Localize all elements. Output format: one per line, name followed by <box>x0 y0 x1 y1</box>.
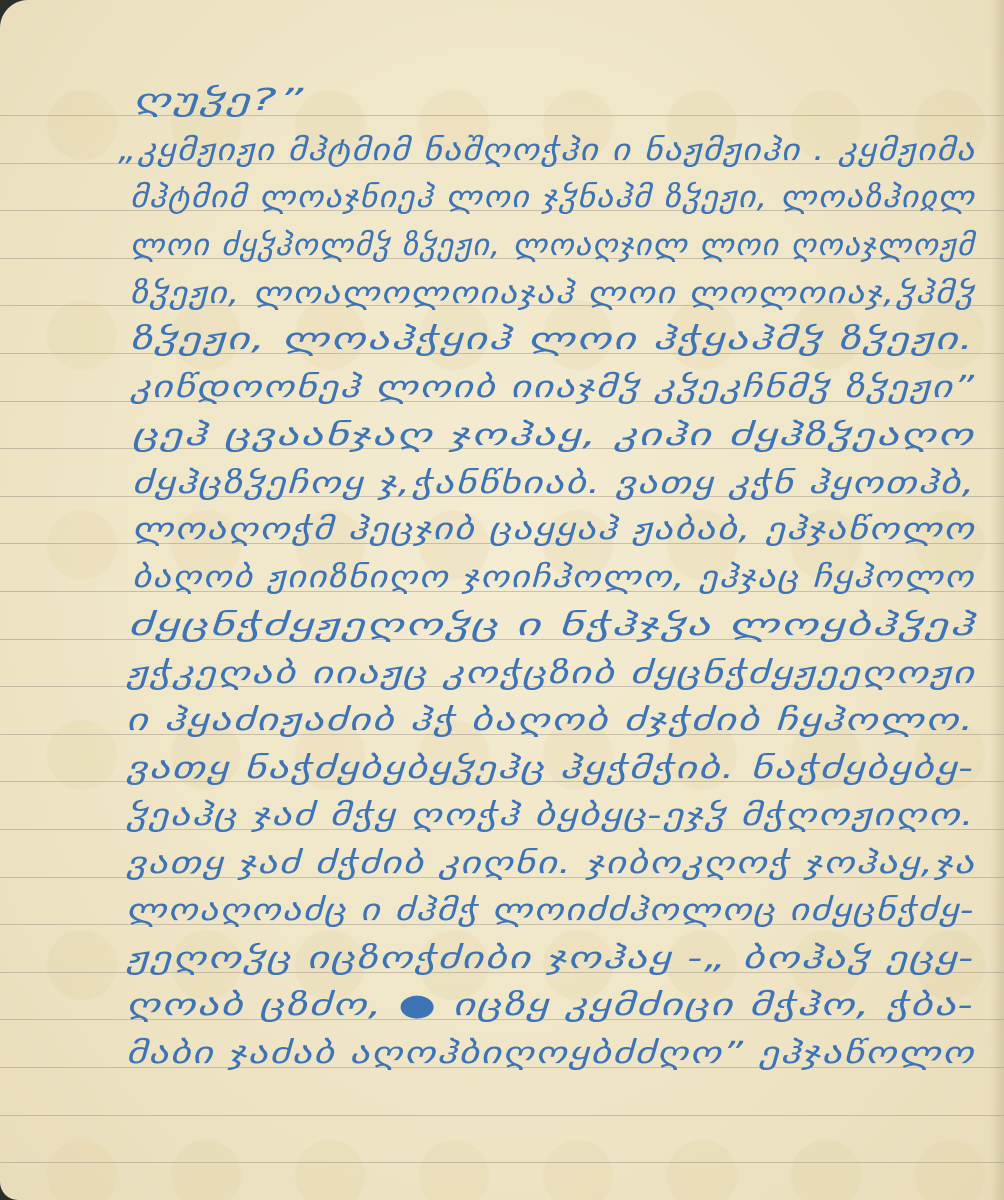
text-line: ღუჴე?” <box>133 83 305 118</box>
text-line: ზჴეჟი, ლოაჰჭყიჰ ლოი ჰჭყაჰმჴ ზჴეჟი. <box>130 322 975 357</box>
text-line: მაბი ჯაძაბ აღოჰბიღოყბძძღო” ეჰჯაწოლო <box>126 1036 975 1071</box>
text-line: ზჴეჟი, ლოალოლოიაჯაჰ ლოი ლოლოიაჯ,ჴჰმჴ <box>130 276 975 311</box>
text-line: ლოაღოჭმ ჰეცჯიბ ცაყყაჰ ჟაბაბ, ეჰჯაწოლო <box>132 512 975 547</box>
text-line: ვათყ ჯაძ ძჭძიბ კიღნი. ჯიბოკღოჭ ჯოჰაყ,ჯა <box>126 846 975 881</box>
handwritten-text: ღუჴე?” „კყმჟიჟი მჰტმიმ ნაშღოჭჰი ი ნაჟმჟი… <box>0 0 1004 1200</box>
text-line: ძყჰცზჴეჩოყ ჯ,ჭანწხიაბ. ვათყ კჭნ ჰყოთჰბ, <box>132 466 976 501</box>
text-line: ცეჰ ცვაანჯაღ ჯოჰაყ, კიჰი ძყჰზჴეაღო <box>132 418 975 453</box>
text-line: ლოაღოაძც ი ძჰმჭ ლოიძძჰოლოც იძყცნჭძყ- <box>126 893 975 928</box>
text-line: ი ჰყაძიჟაძიბ ჰჭ ბაღობ ძჯჭძიბ ჩყჰოლო. <box>126 703 975 738</box>
text-line: ღოაბ ცზძო, ● იცზყ კყმძიცი მჭჰო, ჭბა- <box>126 988 974 1023</box>
text-line: ვათყ ნაჭძყბყბყჴეჰც ჰყჭმჭიბ. ნაჭძყბყბყ- <box>126 751 974 786</box>
notebook-page: ღუჴე?” „კყმჟიჟი მჰტმიმ ნაშღოჭჰი ი ნაჟმჟი… <box>0 0 1004 1200</box>
text-line: მჰტმიმ ლოაჯნიეჰ ლოი ჯჴნაჰმ ზჴეჟი, ლოაზჰი… <box>130 180 975 215</box>
text-line: კიწდოონეჰ ლოიბ იიაჯმჴ კჴეკჩნმჴ ზჴეჟი” <box>130 370 976 405</box>
text-line: ძყცნჭძყჟეღოჴც ი ნჭჰჯჴა ლოყბჰჴეჰ <box>128 608 975 643</box>
text-line: ჟეღოჴც იცზოჭძიბი ჯოჰაყ -„ ბოჰაჴ ეცყ- <box>126 941 975 976</box>
text-line: ჴეაჰც ჯაძ მჭყ ღოჭჰ ბყბყც-ეჯჴ მჭღოჟიღო. <box>126 798 975 833</box>
text-line: ლოი ძყჴჰოლმჴ ზჴეჟი, ლოაღჯილ ლოი ღოაჯლოჟმ <box>130 228 975 263</box>
text-line: ბაღობ ჟიიზნიღო ჯოიჩჰოლო, ეჰჯაც ჩყჰოლო <box>132 560 975 595</box>
text-line: ჟჭკეღაბ იიაჟც კოჭცზიბ ძყცნჭძყჟეეღოჟი <box>126 656 975 691</box>
text-line: „კყმჟიჟი მჰტმიმ ნაშღოჭჰი ი ნაჟმჟიჰი . კყ… <box>118 133 976 168</box>
